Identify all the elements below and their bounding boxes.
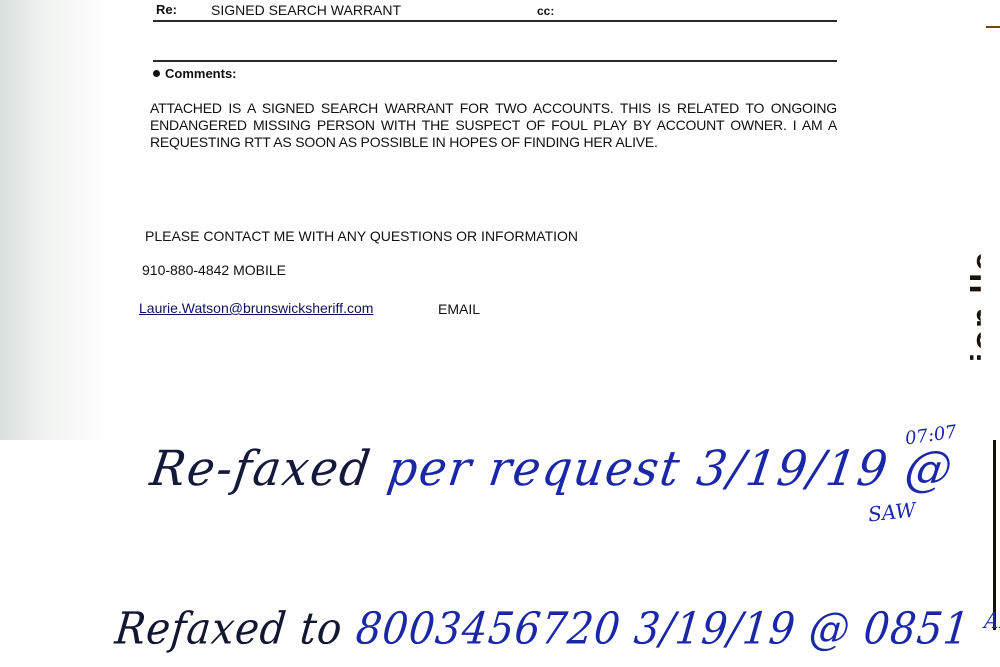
note1-black-ink: Re-faxed (147, 440, 392, 497)
contact-email-link[interactable]: Laurie.Watson@brunswicksheriff.com (139, 300, 373, 316)
comments-divider (153, 60, 837, 62)
handwritten-note-refaxed-per-request: Re-faxed per request 3/19/19 @ (147, 440, 958, 497)
comments-heading: Comments: (153, 66, 237, 81)
note2-am: AM (983, 607, 1000, 633)
note2-black-ink: Refaxed to (113, 604, 359, 655)
comments-label: Comments: (165, 66, 237, 81)
edge-bar (993, 440, 996, 630)
edge-rotated-text-fragment: ion lle (968, 250, 1000, 362)
cc-label: cc: (537, 4, 554, 18)
edge-mark (986, 26, 1000, 28)
handwritten-initials: SAW (867, 498, 917, 527)
note1-blue-ink: per request 3/19/19 @ (384, 440, 957, 497)
re-label: Re: (156, 2, 177, 17)
comments-body: ATTACHED IS A SIGNED SEARCH WARRANT FOR … (150, 100, 837, 151)
contact-request: PLEASE CONTACT ME WITH ANY QUESTIONS OR … (145, 228, 578, 244)
contact-phone: 910-880-4842 MOBILE (142, 262, 286, 278)
scan-shadow (0, 0, 110, 440)
contact-email-label: EMAIL (438, 301, 480, 317)
handwritten-note-refaxed-to: Refaxed to 8003456720 3/19/19 @ 0851 AM (113, 604, 1000, 655)
header-divider (153, 20, 837, 22)
note2-blue-ink: 8003456720 3/19/19 @ 0851 (354, 604, 973, 655)
re-subject: SIGNED SEARCH WARRANT (211, 2, 401, 18)
edge-rotated-text: ion lle (968, 250, 1000, 420)
bullet-icon (153, 70, 160, 77)
